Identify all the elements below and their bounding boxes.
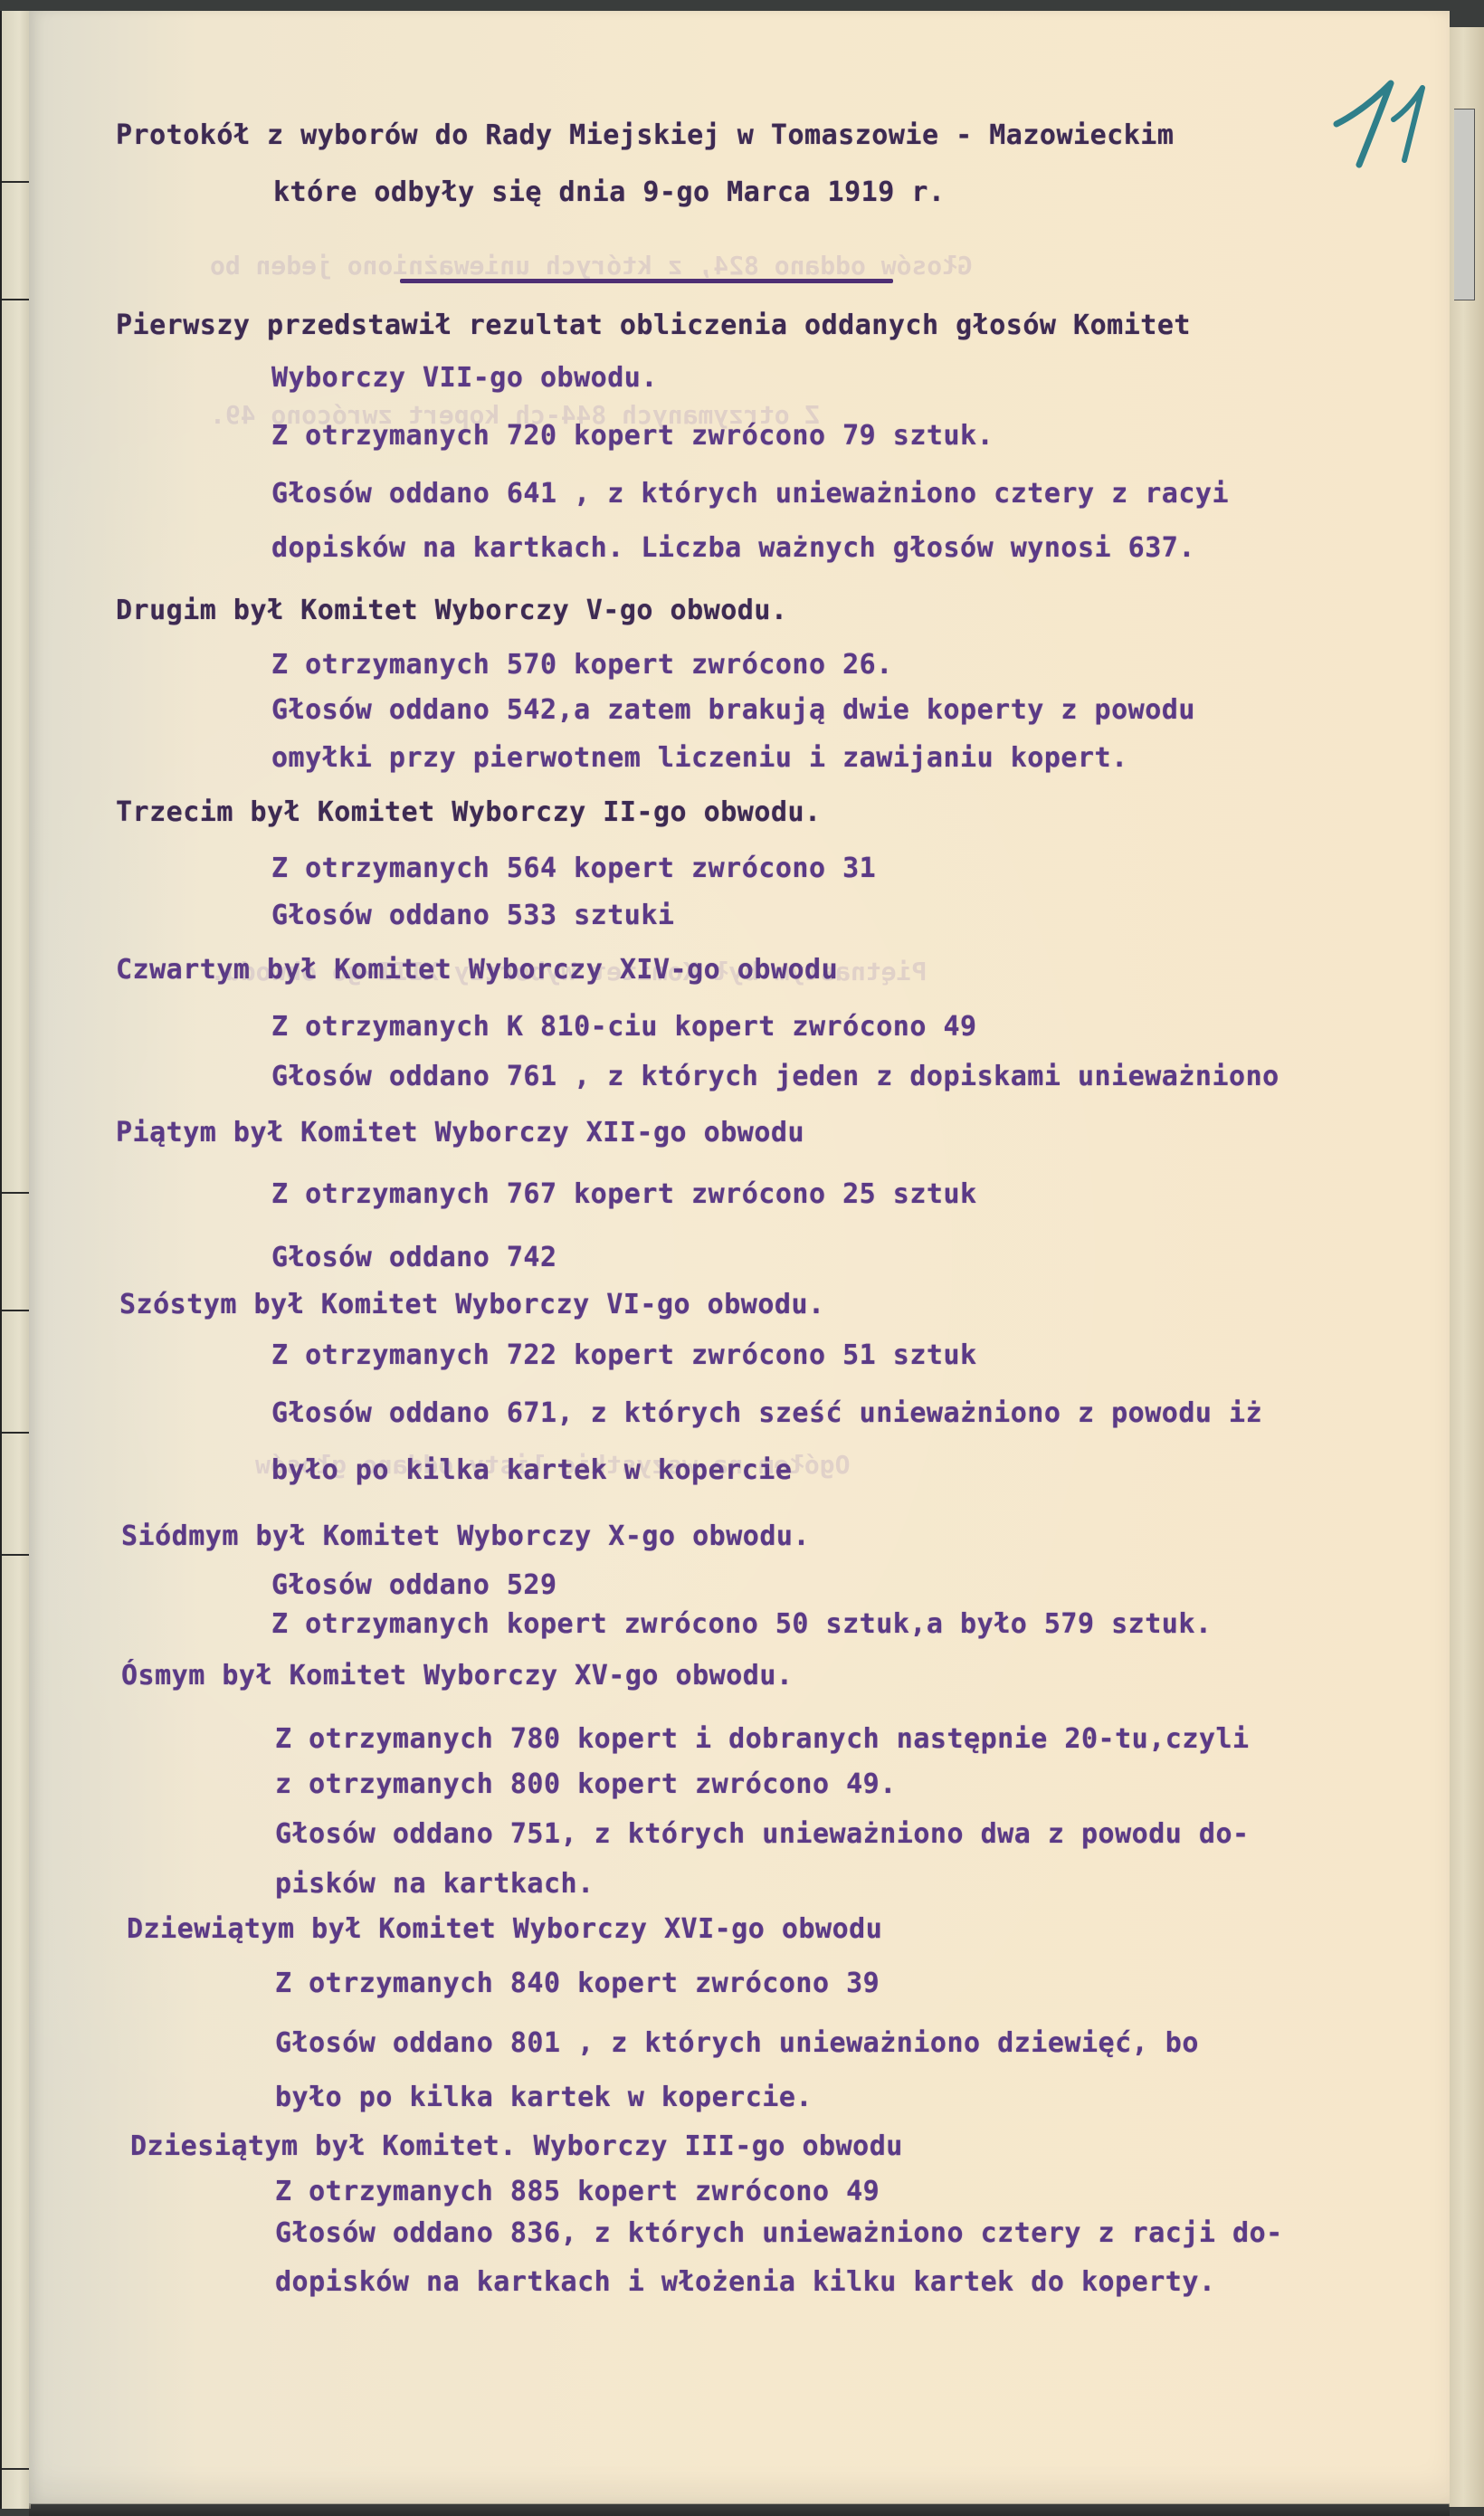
document-title: Protokół z wyborów do Rady Miejskiej w T… — [116, 119, 1174, 151]
body-line: Głosów oddano 742 — [271, 1242, 557, 1273]
body-line: Z otrzymanych 767 kopert zwrócono 25 szt… — [271, 1178, 977, 1210]
body-line: Z otrzymanych kopert zwrócono 50 sztuk,a… — [271, 1608, 1212, 1640]
body-line: Z otrzymanych 720 kopert zwrócono 79 szt… — [271, 420, 994, 452]
body-line: Głosów oddano 751, z których unieważnion… — [275, 1818, 1250, 1850]
section-heading: Trzecim był Komitet Wyborczy II-go obwod… — [116, 796, 822, 828]
ledger-rule — [2, 1554, 31, 1556]
section-heading: Siódmym był Komitet Wyborczy X-go obwodu… — [121, 1520, 810, 1552]
body-line: Głosów oddano 671, z których sześć uniew… — [271, 1397, 1262, 1429]
body-line: Głosów oddano 801 , z których unieważnio… — [275, 2027, 1199, 2059]
section-heading: Dziesiątym był Komitet. Wyborczy III-go … — [130, 2130, 903, 2162]
document-subtitle: które odbyły się dnia 9-go Marca 1919 r. — [273, 176, 945, 208]
document-page: Głosów oddano 824, z których unieważnion… — [29, 11, 1450, 2504]
ledger-rule — [2, 1310, 31, 1311]
section-heading: Pierwszy przedstawił rezultat obliczenia… — [116, 310, 1191, 341]
right-binding-strip — [1449, 27, 1484, 2507]
left-binding-strip — [0, 11, 31, 2509]
body-line: Z otrzymanych 564 kopert zwrócono 31 — [271, 853, 876, 884]
binding-tab — [1454, 109, 1475, 300]
ledger-rule — [2, 2468, 31, 2470]
page-bottom-edge — [29, 2503, 1450, 2516]
body-line: Z otrzymanych K 810-ciu kopert zwrócono … — [271, 1011, 977, 1043]
body-line: Głosów oddano 529 — [271, 1569, 557, 1601]
ledger-rule — [2, 181, 31, 183]
body-line: omyłki przy pierwotnem liczeniu i zawija… — [271, 742, 1128, 774]
body-line: Wyborczy VII-go obwodu. — [271, 362, 658, 394]
title-divider — [400, 279, 893, 283]
section-heading: Dziewiątym był Komitet Wyborczy XVI-go o… — [127, 1913, 882, 1945]
ledger-rule — [2, 1192, 31, 1194]
ledger-rule — [2, 299, 31, 300]
body-line: Z otrzymanych 722 kopert zwrócono 51 szt… — [271, 1339, 977, 1371]
body-line: Z otrzymanych 570 kopert zwrócono 26. — [271, 649, 893, 681]
body-line: Z otrzymanych 840 kopert zwrócono 39 — [275, 1968, 880, 1999]
section-heading: Ósmym był Komitet Wyborczy XV-go obwodu. — [121, 1660, 793, 1692]
body-line: Z otrzymanych 885 kopert zwrócono 49 — [275, 2176, 880, 2207]
body-line: Głosów oddano 836, z których unieważnion… — [275, 2217, 1283, 2249]
body-line: pisków na kartkach. — [275, 1868, 595, 1900]
section-heading: Szóstym był Komitet Wyborczy VI-go obwod… — [119, 1289, 825, 1320]
body-line: było po kilka kartek w kopercie — [271, 1454, 792, 1486]
body-line: Z otrzymanych 780 kopert i dobranych nas… — [275, 1723, 1250, 1755]
section-heading: Drugim był Komitet Wyborczy V-go obwodu. — [116, 595, 787, 626]
body-line: Głosów oddano 641 , z których unieważnio… — [271, 478, 1229, 510]
bleed-through-text: Głosów oddano 824, z których unieważnion… — [210, 251, 973, 281]
body-line: dopisków na kartkach. Liczba ważnych gło… — [271, 532, 1195, 564]
body-line: Głosów oddano 761 , z których jeden z do… — [271, 1061, 1279, 1092]
body-line: dopisków na kartkach i włożenia kilku ka… — [275, 2266, 1215, 2298]
body-line: było po kilka kartek w kopercie. — [275, 2082, 813, 2113]
body-line: Głosów oddano 533 sztuki — [271, 900, 674, 931]
section-heading: Piątym był Komitet Wyborczy XII-go obwod… — [116, 1117, 804, 1148]
body-line: Głosów oddano 542,a zatem brakują dwie k… — [271, 694, 1195, 726]
ledger-rule — [2, 1432, 31, 1434]
section-heading: Czwartym był Komitet Wyborczy XIV-go obw… — [116, 954, 838, 986]
handwritten-page-number — [1332, 74, 1441, 174]
body-line: z otrzymanych 800 kopert zwrócono 49. — [275, 1768, 897, 1800]
